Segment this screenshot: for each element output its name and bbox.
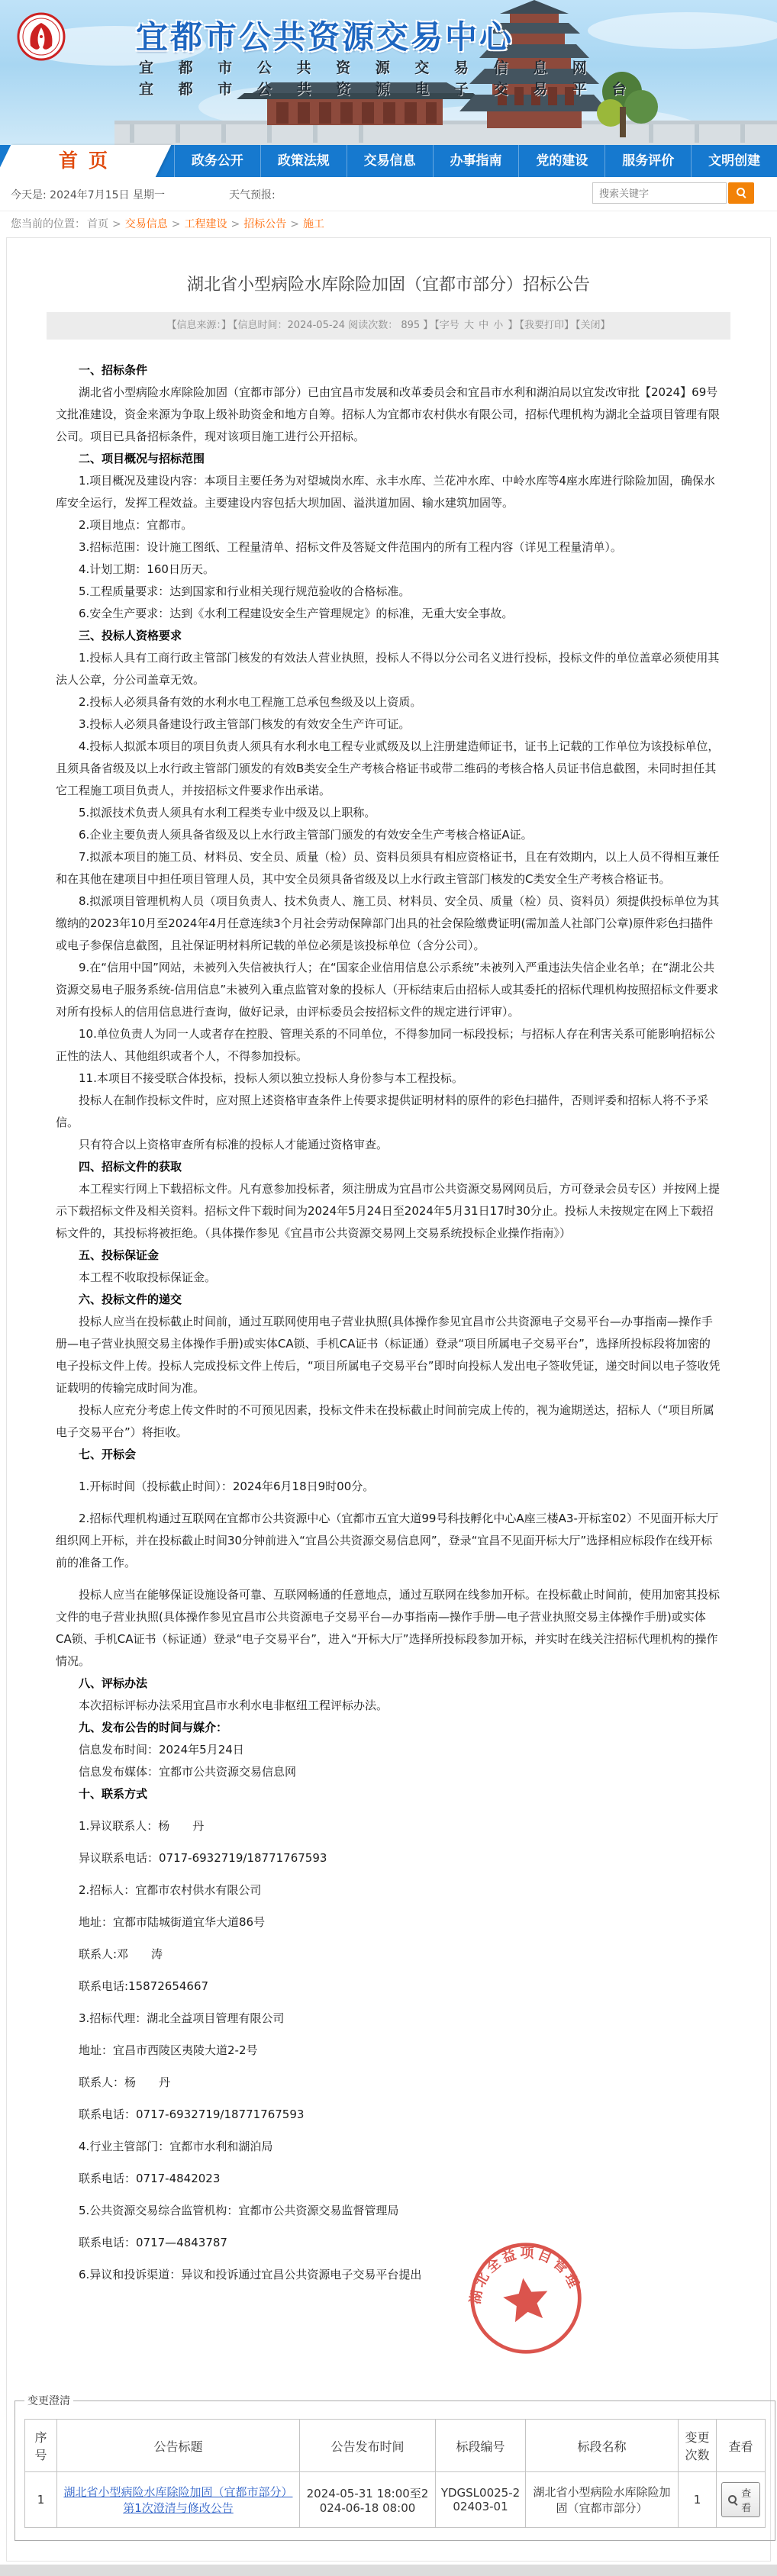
breadcrumb-separator: > <box>290 218 299 230</box>
change-panel-legend: 变更澄清 <box>24 2393 73 2408</box>
article-paragraph: 2.招标代理机构通过互联网在宜都市公共资源中心（宜都市五宜大道99号科技孵化中心… <box>56 1508 721 1574</box>
nav-item[interactable]: 服务评价 <box>605 145 691 177</box>
article-paragraph: 八、评标办法 <box>56 1673 721 1695</box>
article-paragraph: 6.企业主要负责人须具备省级及以上水行政主管部门颁发的有效安全生产考核合格证A证… <box>56 824 721 846</box>
article-paragraph: 七、开标会 <box>56 1444 721 1466</box>
breadcrumb-separator: > <box>112 218 121 230</box>
article-paragraph: 联系电话:15872654667 <box>56 1975 721 1998</box>
breadcrumb-separator: > <box>231 218 240 230</box>
article-paragraph: 联系电话：0717-4842023 <box>56 2168 721 2190</box>
article-paragraph: 1.开标时间（投标截止时间）：2024年6月18日9时00分。 <box>56 1476 721 1498</box>
article-paragraph: 4.行业主管部门：宜都市水利和湖泊局 <box>56 2136 721 2158</box>
change-table-header-cell: 变更次数 <box>679 2420 717 2472</box>
breadcrumb-home[interactable]: 首页 <box>87 218 108 230</box>
article-paragraph: 1.项目概况及建设内容：本项目主要任务为对望城岗水库、永丰水库、兰花冲水库、中岭… <box>56 470 721 514</box>
nav-items: 政务公开政策法规交易信息办事指南党的建设服务评价文明创建 <box>174 145 777 177</box>
breadcrumb-link[interactable]: 招标公告 <box>243 218 286 230</box>
site-logo-emblem <box>17 12 66 61</box>
article-paragraph: 信息发布时间：2024年5月24日 <box>56 1739 721 1761</box>
breadcrumb-link[interactable]: 工程建设 <box>184 218 227 230</box>
nav-item[interactable]: 交易信息 <box>347 145 433 177</box>
article-paragraph: 11.本项目不接受联合体投标，投标人须以独立投标人身份参与本工程投标。 <box>56 1067 721 1090</box>
article-paragraph: 3.招标范围：设计施工图纸、工程量清单、招标文件及答疑文件范围内的所有工程内容（… <box>56 536 721 559</box>
article-paragraph: 联系人：杨 丹 <box>56 2072 721 2094</box>
fontsize-medium-button[interactable]: 中 <box>479 320 488 331</box>
article-paragraph: 2.项目地点：宜都市。 <box>56 514 721 536</box>
breadcrumb-links: >交易信息>工程建设>招标公告>施工 <box>108 218 324 230</box>
view-button[interactable]: 查看 <box>721 2482 760 2517</box>
article-paragraph: 9.在“信用中国”网站，未被列入失信被执行人；在“国家企业信用信息公示系统”未被… <box>56 957 721 1023</box>
article-paragraph: 二、项目概况与招标范围 <box>56 448 721 470</box>
cell-view: 查看 <box>717 2472 766 2528</box>
article-paragraph: 6.安全生产要求：达到《水利工程建设安全生产管理规定》的标准，无重大安全事故。 <box>56 603 721 625</box>
article-paragraph: 九、发布公告的时间与媒介： <box>56 1717 721 1739</box>
article-paragraph: 湖北省小型病险水库除险加固（宜都市部分）已由宜昌市发展和改革委员会和宜昌市水利和… <box>56 382 721 448</box>
change-clarification-panel: 变更澄清 序号公告标题公告发布时间标段编号标段名称变更次数查看 1 湖北省小型病… <box>15 2393 775 2541</box>
article-paragraph: 只有符合以上资格审查所有标准的投标人才能通过资格审查。 <box>56 1134 721 1156</box>
article-paragraph: 5.拟派技术负责人须具有水利工程类专业中级及以上职称。 <box>56 802 721 824</box>
main-nav: 首页 政务公开政策法规交易信息办事指南党的建设服务评价文明创建 <box>0 145 777 177</box>
change-table-header-cell: 查看 <box>717 2420 766 2472</box>
article-paragraph: 2.投标人必须具备有效的水利水电工程施工总承包叁级及以上资质。 <box>56 691 721 713</box>
cell-publish-time: 2024-05-31 18:00至2024-06-18 08:00 <box>300 2472 436 2528</box>
nav-item[interactable]: 政策法规 <box>260 145 347 177</box>
article-paragraph: 8.拟派项目管理机构人员（项目负责人、技术负责人、施工员、材料员、安全员、质量（… <box>56 890 721 957</box>
print-button[interactable]: 【我要打印】 <box>519 320 574 331</box>
change-table-header-cell: 序号 <box>25 2420 57 2472</box>
article-paragraph: 三、投标人资格要求 <box>56 625 721 647</box>
nav-item[interactable]: 文明创建 <box>691 145 777 177</box>
article-paragraph: 2.招标人：宜都市农村供水有限公司 <box>56 1879 721 1901</box>
article-paragraph: 3.招标代理：湖北全益项目管理有限公司 <box>56 2008 721 2030</box>
article-paragraph: 联系电话：0717—4843787 <box>56 2232 721 2254</box>
article-paragraph: 7.拟派本项目的施工员、材料员、安全员、质量（检）员、资料员须具有相应资格证书，… <box>56 846 721 890</box>
meta-time-views: 【信息时间：2024-05-24 阅读次数： 895 】 <box>233 320 433 331</box>
topbar: 今天是: 2024年7月15日 星期一 天气预报: <box>0 177 777 211</box>
change-table-header-cell: 标段编号 <box>436 2420 526 2472</box>
article-paragraph: 五、投标保证金 <box>56 1245 721 1267</box>
change-table-header-cell: 公告发布时间 <box>300 2420 436 2472</box>
article-meta-bar: 【信息来源：】【信息时间：2024-05-24 阅读次数： 895 】【字号 大… <box>47 312 730 340</box>
change-table-header-cell: 标段名称 <box>526 2420 679 2472</box>
page: 宜都市公共资源交易中心 宜 都 市 公 共 资 源 交 易 信 息 网 宜 都 … <box>0 0 777 2576</box>
article-paragraph: 投标人应当在投标截止时间前，通过互联网使用电子营业执照(具体操作参见宜昌市公共资… <box>56 1311 721 1399</box>
view-button-label: 查看 <box>738 2485 754 2514</box>
cell-announcement-title: 湖北省小型病险水库除险加固（宜都市部分）第1次澄清与修改公告 <box>57 2472 300 2528</box>
weather-link[interactable]: 天气预报: <box>229 187 276 202</box>
nav-item[interactable]: 党的建设 <box>518 145 605 177</box>
close-button[interactable]: 【关闭】 <box>575 320 611 331</box>
article-paragraph: 地址：宜昌市西陵区夷陵大道2-2号 <box>56 2040 721 2062</box>
article-paragraph: 投标人应当在能够保证设施设备可靠、互联网畅通的任意地点，通过互联网在线参加开标。… <box>56 1584 721 1673</box>
article-paragraph: 本次招标评标办法采用宜昌市水利水电非枢纽工程评标办法。 <box>56 1695 721 1717</box>
article-paragraph: 10.单位负责人为同一人或者存在控股、管理关系的不同单位，不得参加同一标段投标；… <box>56 1023 721 1067</box>
announcement-link[interactable]: 湖北省小型病险水库除险加固（宜都市部分）第1次澄清与修改公告 <box>63 2485 292 2515</box>
article-paragraph: 5.公共资源交易综合监管机构：宜都市公共资源交易监督管理局 <box>56 2200 721 2222</box>
article-paragraph: 4.计划工期：160日历天。 <box>56 559 721 581</box>
article-paragraph: 1.投标人具有工商行政主管部门核发的有效法人营业执照，投标人不得以分公司名义进行… <box>56 647 721 691</box>
nav-item[interactable]: 政务公开 <box>174 145 260 177</box>
cell-index: 1 <box>25 2472 57 2528</box>
nav-home-label: 首页 <box>3 145 163 177</box>
breadcrumb-link[interactable]: 交易信息 <box>125 218 168 230</box>
breadcrumb: 您当前的位置：首页>交易信息>工程建设>招标公告>施工 <box>0 211 777 237</box>
article-paragraph: 联系人:邓 涛 <box>56 1943 721 1966</box>
article-paragraph: 本工程实行网上下载招标文件。凡有意参加投标者，须注册成为宜昌市公共资源交易网网员… <box>56 1178 721 1245</box>
search-input[interactable] <box>592 182 727 204</box>
article-paragraph: 联系电话：0717-6932719/18771767593 <box>56 2104 721 2126</box>
change-table-row: 1 湖北省小型病险水库除险加固（宜都市部分）第1次澄清与修改公告 2024-05… <box>25 2472 766 2528</box>
change-table: 序号公告标题公告发布时间标段编号标段名称变更次数查看 1 湖北省小型病险水库除险… <box>24 2419 766 2528</box>
cell-section-name: 湖北省小型病险水库除险加固（宜都市部分） <box>526 2472 679 2528</box>
article-wrap: 一、招标条件湖北省小型病险水库除险加固（宜都市部分）已由宜昌市发展和改革委员会和… <box>56 359 721 2286</box>
article-paragraph: 十、联系方式 <box>56 1783 721 1805</box>
magnifier-icon <box>727 2494 736 2505</box>
meta-source: 【信息来源：】 <box>167 320 232 331</box>
breadcrumb-link[interactable]: 施工 <box>303 218 324 230</box>
site-header: 宜都市公共资源交易中心 宜 都 市 公 共 资 源 交 易 信 息 网 宜 都 … <box>0 0 777 145</box>
article-paragraph: 六、投标文件的递交 <box>56 1289 721 1311</box>
article-paragraph: 1.异议联系人：杨 丹 <box>56 1815 721 1837</box>
article-paragraph: 5.工程质量要求：达到国家和行业相关现行规范验收的合格标准。 <box>56 581 721 603</box>
nav-item-home[interactable]: 首页 <box>3 145 163 177</box>
search-button[interactable] <box>728 182 754 204</box>
meta-fontsize-close-bracket: 】 <box>508 320 517 331</box>
article-paragraph: 3.投标人必须具备建设行政主管部门核发的有效安全生产许可证。 <box>56 713 721 736</box>
article-paragraph: 一、招标条件 <box>56 359 721 382</box>
site-subtitle-etrade-platform: 宜 都 市 公 共 资 源 电 子 交 易 平 台 <box>139 78 636 98</box>
fontsize-small-button[interactable]: 小 <box>493 320 503 331</box>
change-table-body: 1 湖北省小型病险水库除险加固（宜都市部分）第1次澄清与修改公告 2024-05… <box>25 2472 766 2528</box>
search-icon <box>736 187 746 198</box>
article-paragraph: 四、招标文件的获取 <box>56 1156 721 1178</box>
fontsize-large-button[interactable]: 大 <box>464 320 474 331</box>
article-paragraph: 异议联系电话：0717-6932719/18771767593 <box>56 1847 721 1869</box>
article-paragraph: 投标人在制作投标文件时，应对照上述资格审查条件上传要求提供证明材料的原件的彩色扫… <box>56 1090 721 1134</box>
site-subtitle-info-net: 宜 都 市 公 共 资 源 交 易 信 息 网 <box>139 56 597 77</box>
search-box <box>592 182 754 204</box>
change-table-header-cell: 公告标题 <box>57 2420 300 2472</box>
breadcrumb-prefix: 您当前的位置： <box>11 218 85 230</box>
article-paragraph: 本工程不收取投标保证金。 <box>56 1267 721 1289</box>
article-paragraph: 地址：宜都市陆城街道宜华大道86号 <box>56 1911 721 1934</box>
article-paragraph: 4.投标人拟派本项目的项目负责人须具有水利水电工程专业贰级及以上注册建造师证书，… <box>56 736 721 802</box>
meta-fontsize-label: 【字号 <box>434 320 459 331</box>
nav-item[interactable]: 办事指南 <box>433 145 519 177</box>
site-title: 宜都市公共资源交易中心 <box>136 12 514 58</box>
footer-bar <box>0 2565 777 2576</box>
announcement-content-box: 湖北省小型病险水库除险加固（宜都市部分）招标公告 【信息来源：】【信息时间：20… <box>6 237 771 2562</box>
article-paragraph: 投标人应充分考虑上传文件时的不可预见因素，投标文件未在投标截止时间前完成上传的，… <box>56 1399 721 1444</box>
cell-section-code: YDGSL0025-202403-01 <box>436 2472 526 2528</box>
article-body: 一、招标条件湖北省小型病险水库除险加固（宜都市部分）已由宜昌市发展和改革委员会和… <box>56 359 721 2286</box>
change-table-header-row: 序号公告标题公告发布时间标段编号标段名称变更次数查看 <box>25 2420 766 2472</box>
today-date: 今天是: 2024年7月15日 星期一 <box>11 187 165 202</box>
article-paragraph: 信息发布媒体：宜都市公共资源交易信息网 <box>56 1761 721 1783</box>
cell-change-count: 1 <box>679 2472 717 2528</box>
article-paragraph: 6.异议和投诉渠道：异议和投诉通过宜昌公共资源电子交易平台提出 <box>56 2264 721 2286</box>
breadcrumb-separator: > <box>172 218 181 230</box>
announcement-title: 湖北省小型病险水库除险加固（宜都市部分）招标公告 <box>37 272 740 295</box>
